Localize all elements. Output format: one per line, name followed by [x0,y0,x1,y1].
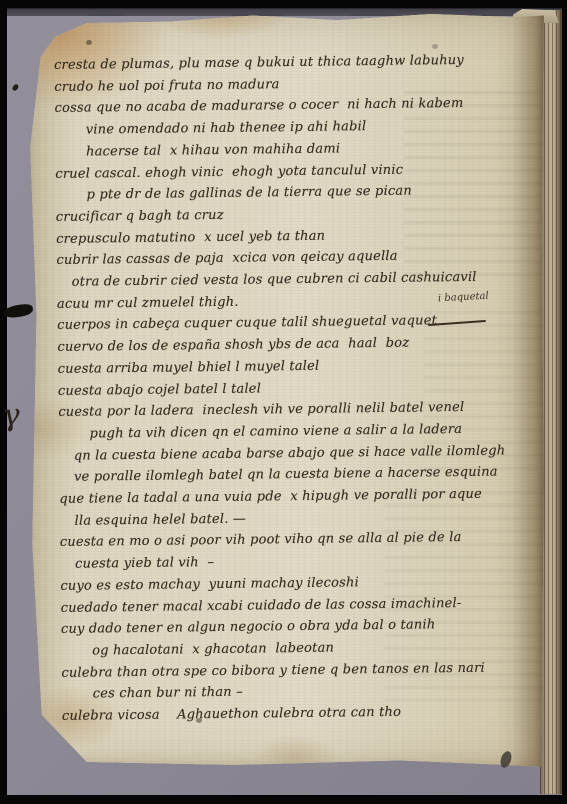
photograph-of-manuscript: cresta de plumas, plu mase q bukui ut th… [0,0,567,804]
torn-top-edge-shadow [7,8,562,16]
margin-flourish-mark: γ [0,397,21,434]
paper-speck [432,44,438,49]
paper-speck [86,40,92,45]
paper-speck [196,718,202,723]
manuscript-text: cresta de plumas, plu mase q bukui ut th… [54,49,536,728]
book-spine-page-edges [540,10,562,794]
